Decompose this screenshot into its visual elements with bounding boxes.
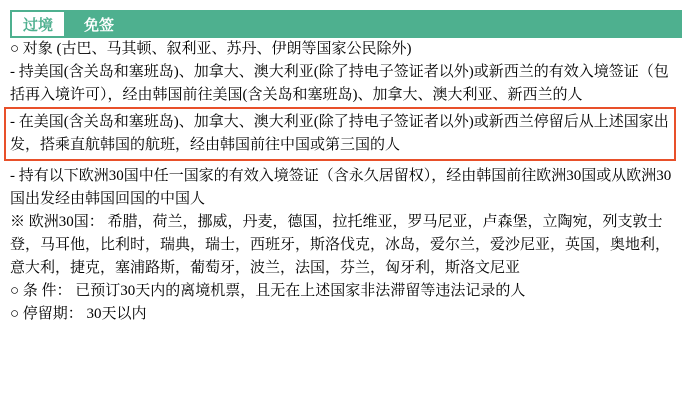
tab-transit[interactable]: 过境 bbox=[10, 10, 66, 38]
highlighted-transit-paragraph: - 在美国(含关岛和塞班岛)、加拿大、澳大利亚(除了持电子签证者以外)或新西兰停… bbox=[10, 111, 670, 157]
red-highlight-box: - 在美国(含关岛和塞班岛)、加拿大、澳大利亚(除了持电子签证者以外)或新西兰停… bbox=[4, 107, 676, 161]
europe-visa-paragraph: - 持有以下欧洲30国中任一国家的有效入境签证（含永久居留权），经由韩国前往欧洲… bbox=[10, 165, 682, 211]
audience-line: ○ 对象 (古巴、马其顿、叙利亚、苏丹、伊朗等国家公民除外) bbox=[10, 38, 682, 61]
europe-countries-note: ※ 欧洲30国： 希腊，荷兰，挪威，丹麦，德国，拉托维亚，罗马尼亚，卢森堡，立陶… bbox=[10, 211, 682, 280]
tab-visa-free[interactable]: 免签 bbox=[70, 10, 128, 38]
condition-line: ○ 条 件： 已预订30天内的离境机票，且无在上述国家非法滞留等违法记录的人 bbox=[10, 280, 682, 303]
tab-bar: 过境 免签 bbox=[10, 10, 682, 38]
stay-period-line: ○ 停留期： 30天以内 bbox=[10, 303, 682, 326]
transit-info-content: ○ 对象 (古巴、马其顿、叙利亚、苏丹、伊朗等国家公民除外) - 持美国(含关岛… bbox=[10, 38, 682, 326]
us-visa-paragraph: - 持美国(含关岛和塞班岛)、加拿大、澳大利亚(除了持电子签证者以外)或新西兰的… bbox=[10, 61, 682, 107]
